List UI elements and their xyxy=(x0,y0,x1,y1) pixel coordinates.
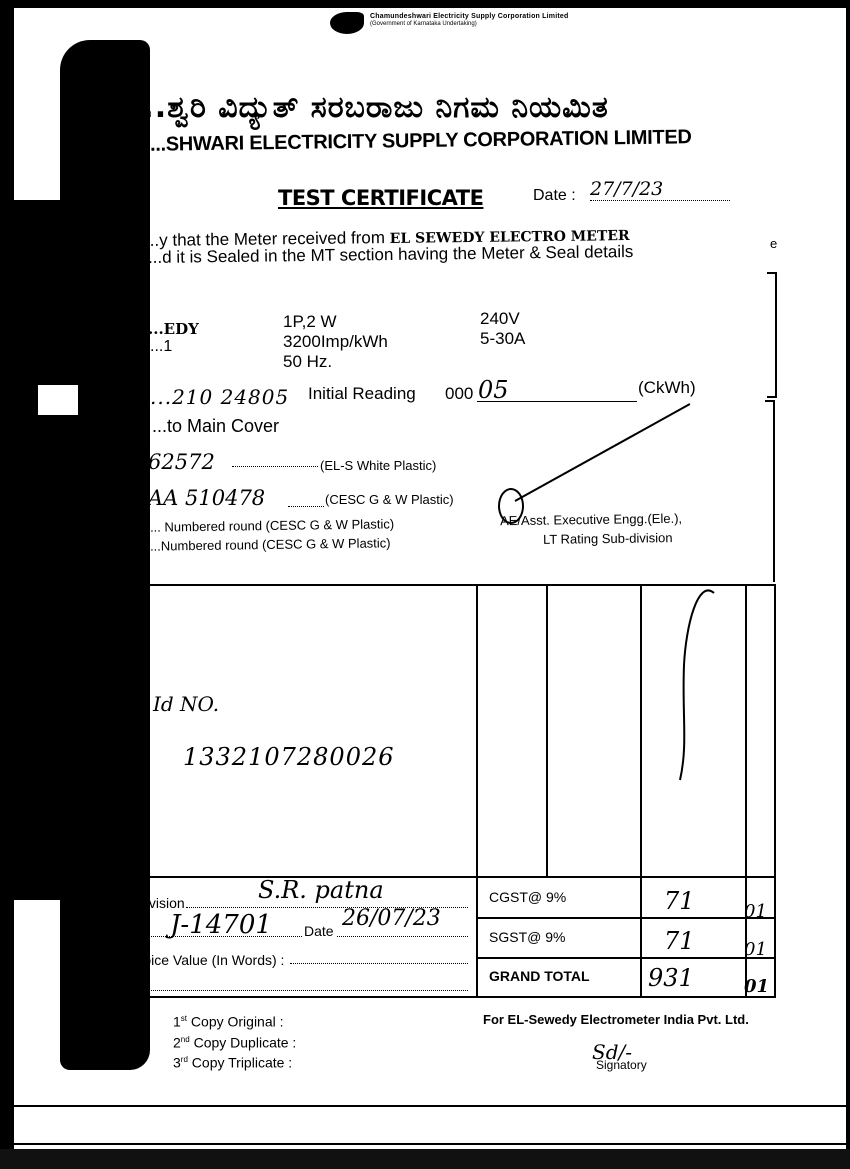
grand-total-label: GRAND TOTAL xyxy=(489,968,590,984)
table-divider xyxy=(476,586,478,996)
table-rule xyxy=(70,876,774,878)
division-value: S.R. patna xyxy=(258,876,384,904)
date-label: Date : xyxy=(533,187,576,205)
numbered-seal-2: ...Numbered round (CESC G & W Plastic) xyxy=(150,535,391,553)
invoice-words-label: ...Invoice Value (In Words) : xyxy=(113,952,284,968)
scan-artifact xyxy=(38,385,78,415)
initial-reading-printed: 000 xyxy=(445,384,473,404)
initial-reading-unit: (CkWh) xyxy=(638,378,696,398)
scan-border-top xyxy=(0,0,850,8)
current-rating: 5-30A xyxy=(480,329,525,349)
margin-bracket xyxy=(767,272,777,398)
grand-total-paise: 01 xyxy=(744,976,769,997)
table-divider xyxy=(640,586,642,996)
table-rule xyxy=(476,957,774,959)
id-number-label: Id NO. xyxy=(153,692,219,716)
initial-reading-handwritten: 05 xyxy=(478,376,509,404)
id-number-value: 1332107280026 xyxy=(183,743,395,771)
corporation-logo-icon xyxy=(330,12,364,34)
handwritten-bracket-icon xyxy=(678,585,718,785)
seal-1-number: 62572 xyxy=(148,450,215,474)
scan-rule xyxy=(10,1105,850,1107)
grand-total-rupees: 931 xyxy=(648,964,694,992)
cgst-label: CGST@ 9% xyxy=(489,889,566,905)
engineer-designation: AE/Asst. Executive Engg.(Ele.), xyxy=(500,511,682,529)
meter-number: ...210 24805 xyxy=(150,385,289,409)
invoice-date-value: 26/07/23 xyxy=(342,906,441,931)
seal-1-type: (EL-S White Plastic) xyxy=(320,458,436,473)
phase-wire: 1P,2 W xyxy=(283,312,388,332)
spec-column-1: 1P,2 W 3200Imp/kWh 50 Hz. xyxy=(283,312,388,372)
voltage: 240V xyxy=(480,309,525,329)
cgst-rupees: 71 xyxy=(664,887,695,915)
dotted-leader xyxy=(290,963,468,964)
header-line-1: Chamundeshwari Electricity Supply Corpor… xyxy=(370,13,580,20)
signatory-label: Signatory xyxy=(596,1058,647,1072)
division-label: ...C Division xyxy=(110,895,185,911)
scan-border-bottom xyxy=(0,1149,850,1169)
copy-duplicate: 2nd Copy Duplicate : xyxy=(173,1031,296,1052)
scan-rule xyxy=(10,1143,850,1145)
copy-triplicate: 3rd Copy Triplicate : xyxy=(173,1051,296,1072)
scan-artifact xyxy=(150,580,480,584)
table-rule xyxy=(476,917,774,919)
dotted-leader xyxy=(232,466,318,467)
seal-2-type: (CESC G & W Plastic) xyxy=(325,492,454,507)
meter-type: ...1 xyxy=(150,338,172,356)
header-line-2: (Government of Karnataka Undertaking) xyxy=(370,21,580,27)
invoice-no-label: ...No. xyxy=(115,923,148,939)
signature-stroke xyxy=(515,403,691,502)
copy-list: 1st Copy Original : 2nd Copy Duplicate :… xyxy=(173,1010,296,1072)
dotted-leader xyxy=(90,990,468,991)
margin-fragment: e xyxy=(770,236,777,251)
company-name-english: ...SHWARI ELECTRICITY SUPPLY CORPORATION… xyxy=(150,126,692,157)
reading-underline xyxy=(477,401,637,402)
meter-constant: 3200Imp/kWh xyxy=(283,332,388,352)
company-signoff: For EL-Sewedy Electrometer India Pvt. Lt… xyxy=(483,1012,749,1027)
dotted-leader xyxy=(288,506,324,507)
seal-2-number: AA 510478 xyxy=(148,486,265,510)
header-band: Chamundeshwari Electricity Supply Corpor… xyxy=(370,13,580,35)
table-divider xyxy=(546,586,548,876)
errors-omissions-excepted: E&O.E xyxy=(73,1014,113,1029)
engineer-subdivision: LT Rating Sub-division xyxy=(543,530,673,547)
sgst-rupees: 71 xyxy=(664,927,695,955)
table-divider xyxy=(745,586,747,996)
date-value: 27/7/23 xyxy=(590,178,730,201)
frequency: 50 Hz. xyxy=(283,352,388,372)
copy-original: 1st Copy Original : xyxy=(173,1010,296,1031)
meter-make: ...EDY xyxy=(148,320,199,338)
main-cover-label: ...to Main Cover xyxy=(152,416,279,437)
margin-bracket xyxy=(765,400,775,582)
initial-reading-label: Initial Reading xyxy=(308,384,416,404)
invoice-date-label: Date xyxy=(302,923,336,939)
document-title: TEST CERTIFICATE xyxy=(278,186,483,210)
scan-border-left xyxy=(0,0,14,1169)
invoice-no-value: J-14701 xyxy=(170,910,272,940)
page-edge-line xyxy=(846,290,848,990)
spec-column-2: 240V 5-30A xyxy=(480,309,525,349)
company-name-kannada: ...ಶ್ವರಿ ವಿದ್ಯುತ್ ಸರಬರಾಜು ನಿಗಮ ನಿಯಮಿತ xyxy=(130,90,609,125)
cgst-paise: 01 xyxy=(744,901,767,922)
sgst-label: SGST@ 9% xyxy=(489,929,565,945)
numbered-seal-1: ... Numbered round (CESC G & W Plastic) xyxy=(150,516,394,534)
sgst-paise: 01 xyxy=(744,939,767,960)
